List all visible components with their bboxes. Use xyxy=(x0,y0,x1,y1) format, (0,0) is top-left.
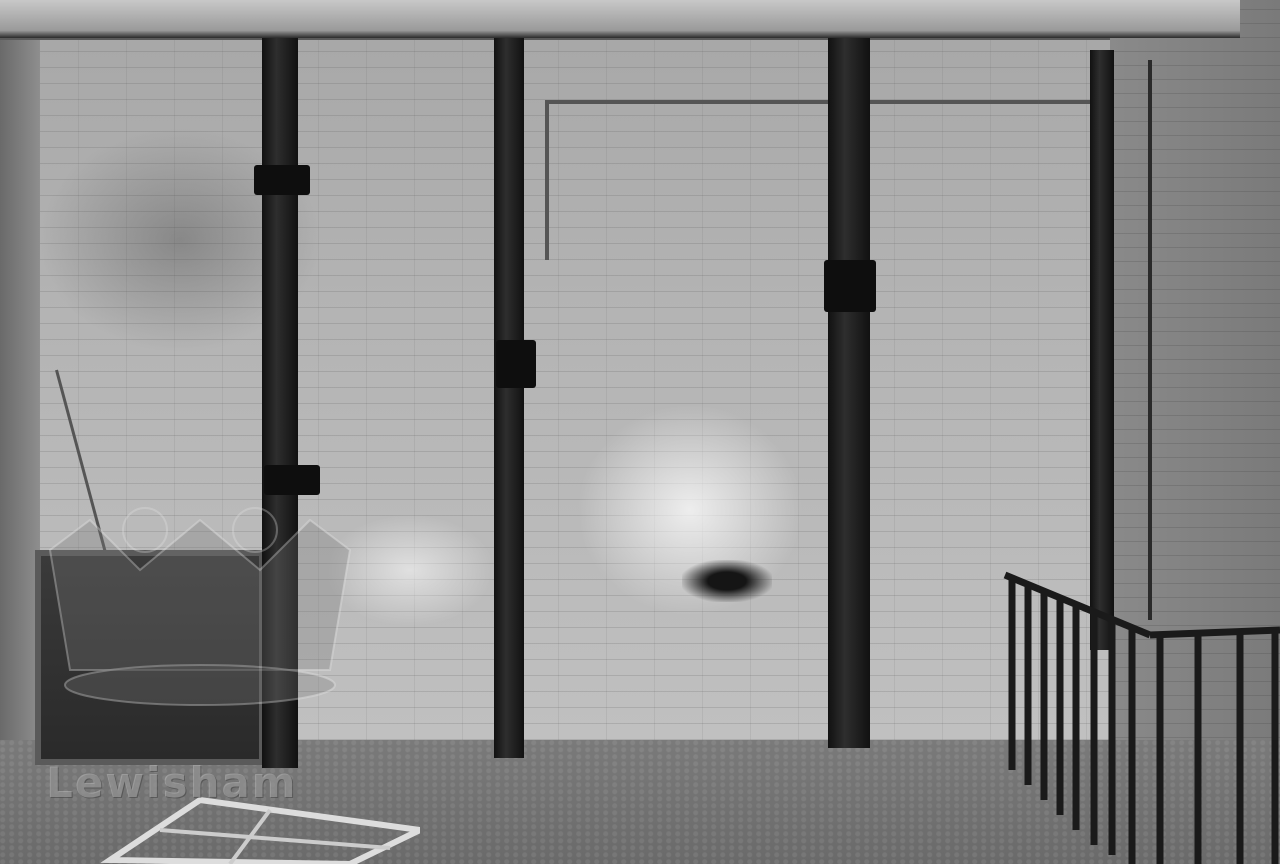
stair-railing xyxy=(1000,570,1280,864)
conduit-drop xyxy=(545,100,549,260)
photograph: Lewisham xyxy=(0,0,1280,864)
iron-column-3 xyxy=(828,38,870,748)
column-collar xyxy=(264,465,320,495)
column-collar xyxy=(254,165,310,195)
ceiling-beam xyxy=(0,0,1240,38)
corner-pipe xyxy=(1090,50,1114,650)
column-collar xyxy=(824,260,876,312)
conduit-pipe xyxy=(545,100,1090,104)
column-collar xyxy=(496,340,536,388)
handprint-mark xyxy=(682,560,772,602)
crown-emblem-watermark xyxy=(30,500,370,740)
watermark-text: Lewisham xyxy=(46,758,297,807)
wall-pipe xyxy=(1148,60,1152,620)
iron-column-2 xyxy=(494,38,524,758)
